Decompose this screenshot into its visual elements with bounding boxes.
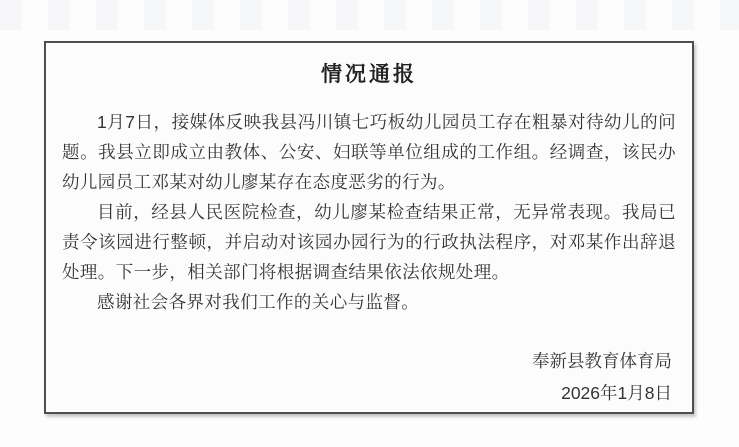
notice-body: 1月7日，接媒体反映我县冯川镇七巧板幼儿园员工存在粗暴对待幼儿的问题。我县立即成… (62, 107, 676, 317)
notice-paragraph-2: 目前，经县人民医院检查，幼儿廖某检查结果正常，无异常表现。我局已责令该园进行整顿… (62, 197, 676, 287)
signature-block: 奉新县教育体育局 2026年1月8日 (62, 345, 676, 409)
notice-paragraph-3: 感谢社会各界对我们工作的关心与监督。 (62, 287, 676, 317)
notice-paragraph-1: 1月7日，接媒体反映我县冯川镇七巧板幼儿园员工存在粗暴对待幼儿的问题。我县立即成… (62, 107, 676, 197)
notice-title: 情况通报 (62, 59, 676, 91)
issuing-authority: 奉新县教育体育局 (62, 345, 672, 377)
notice-date: 2026年1月8日 (62, 377, 672, 409)
photo-compression-artifact (0, 0, 739, 30)
notice-document: 情况通报 1月7日，接媒体反映我县冯川镇七巧板幼儿园员工存在粗暴对待幼儿的问题。… (44, 41, 694, 414)
